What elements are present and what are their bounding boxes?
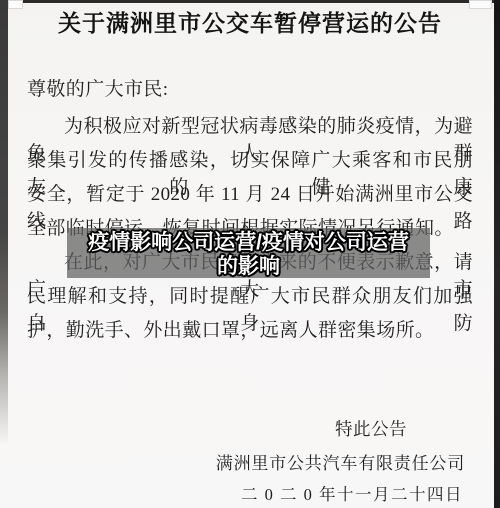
photo-corner-notch-left <box>8 0 23 9</box>
notice-photo: 关于满洲里市公交车暂停营运的公告 尊敬的广大市民: 为积极应对新型冠状病毒感染的… <box>0 0 500 508</box>
photo-edge-top <box>0 0 500 3</box>
greeting-line: 尊敬的广大市民: <box>27 74 473 101</box>
watermark-text-line2: 的影响 <box>67 255 430 279</box>
notice-title: 关于满洲里市公交车暂停营运的公告 <box>20 5 480 38</box>
photo-corner-notch-right <box>469 0 492 9</box>
issue-date: 二 0 二 0 年十一月二十四日 <box>241 481 463 505</box>
photo-edge-left <box>0 0 8 446</box>
body-line: 护，勤洗手、外出戴口罩，远离人群密集场所。 <box>27 315 473 342</box>
watermark-text-line1: 疫情影响公司运营/疫情对公司运营 <box>67 231 430 255</box>
issuer-name: 满洲里市公共汽车有限责任公司 <box>216 449 465 474</box>
photo-edge-right <box>494 0 500 508</box>
watermark-banner: 疫情影响公司运营/疫情对公司运营 的影响 <box>67 228 430 278</box>
closing-phrase: 特此公告 <box>335 416 407 441</box>
